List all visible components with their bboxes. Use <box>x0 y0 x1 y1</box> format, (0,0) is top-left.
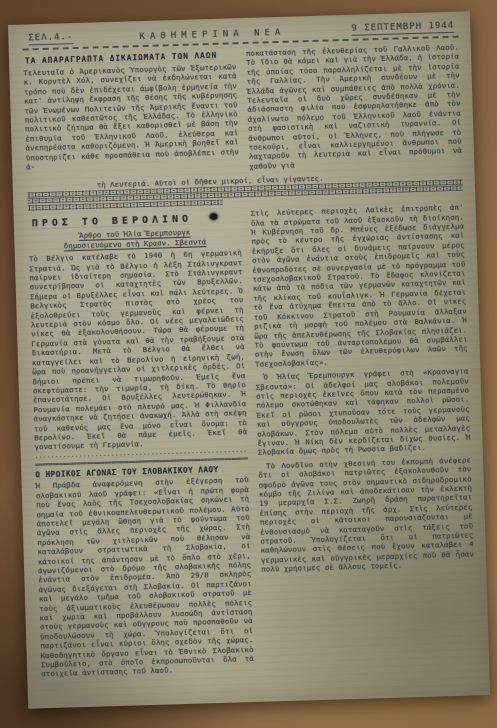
right-column-bottom: Στὶς λεύτερες περιοχὲς Λαϊκὲς ἐπιτροπὲς … <box>250 201 477 673</box>
article-rights-body-right: ποκατάσταση τῆς ἐλευθερίας τοῦ Γαλλικοῦ … <box>246 43 463 172</box>
article-slovak-body-right-1: Στὶς λεύτερες περιοχὲς Λαϊκὲς ἐπιτροπὲς … <box>251 203 469 369</box>
article-rights-body-left: Τελευταῖα ὁ Ἀμερικανὸς Ὑπουργὸς τῶν Ἐξωτ… <box>23 62 239 172</box>
right-column-top: ποκατάσταση τῆς ἐλευθερίας τοῦ Γαλλικοῦ … <box>246 41 463 175</box>
top-section: ΤΑ ΑΠΑΡΑΓΡΑΠΤΑ ΔΙΚΑΙΩΜΑΤΑ ΤΩΝ ΛΑΩΝ Τελευ… <box>23 41 463 182</box>
article-berlin-body: Τὸ Βέλγιο κατέλαβε τὸ 1940 ἡ 6η γερμανικ… <box>29 248 248 452</box>
bottom-section: ΠΡΟΣ ΤΟ ΒΕΡΟΛΙΝΟ Ἄρθρο τοῦ Ἠλία Ἔρεμπουρ… <box>28 201 478 679</box>
page-number-label: ΣΕΛ.4.- <box>28 32 73 45</box>
newspaper-page: ΣΕΛ.4.- ΚΑΘΗΜΕΡΙΝΑ ΝΕΑ 9 ΣΕΠΤΕΜΒΡΗ 1944 … <box>8 11 490 708</box>
left-column-bottom: ΠΡΟΣ ΤΟ ΒΕΡΟΛΙΝΟ Ἄρθρο τοῦ Ἠλία Ἔρεμπουρ… <box>28 207 255 679</box>
masthead-title: ΚΑΘΗΜΕΡΙΝΑ ΝΕΑ <box>139 28 285 42</box>
article-slovak-body-right-3: Τὸ Λονδῖνο στὴν χθεσινή του ἐκπομπὴ ἀνέφ… <box>258 455 474 574</box>
issue-date: 9 ΣΕΠΤΕΜΒΡΗ 1944 <box>351 21 454 36</box>
article-slovak-body-right-2: Ὁ Ἠλίας Ἔρεμπουργκ γράφει στὴ «Κρασναγια… <box>255 367 470 458</box>
photo-background: ΣΕΛ.4.- ΚΑΘΗΜΕΡΙΝΑ ΝΕΑ 9 ΣΕΠΤΕΜΒΡΗ 1944 … <box>0 0 497 728</box>
article-slovak-body-left: Ἡ Πράβδα ἀναφερόμενη στὴν ἐξέγερση τοῦ σ… <box>36 475 255 679</box>
left-column-top: ΤΑ ΑΠΑΡΑΓΡΑΠΤΑ ΔΙΚΑΙΩΜΑΤΑ ΤΩΝ ΛΑΩΝ Τελευ… <box>23 47 240 181</box>
